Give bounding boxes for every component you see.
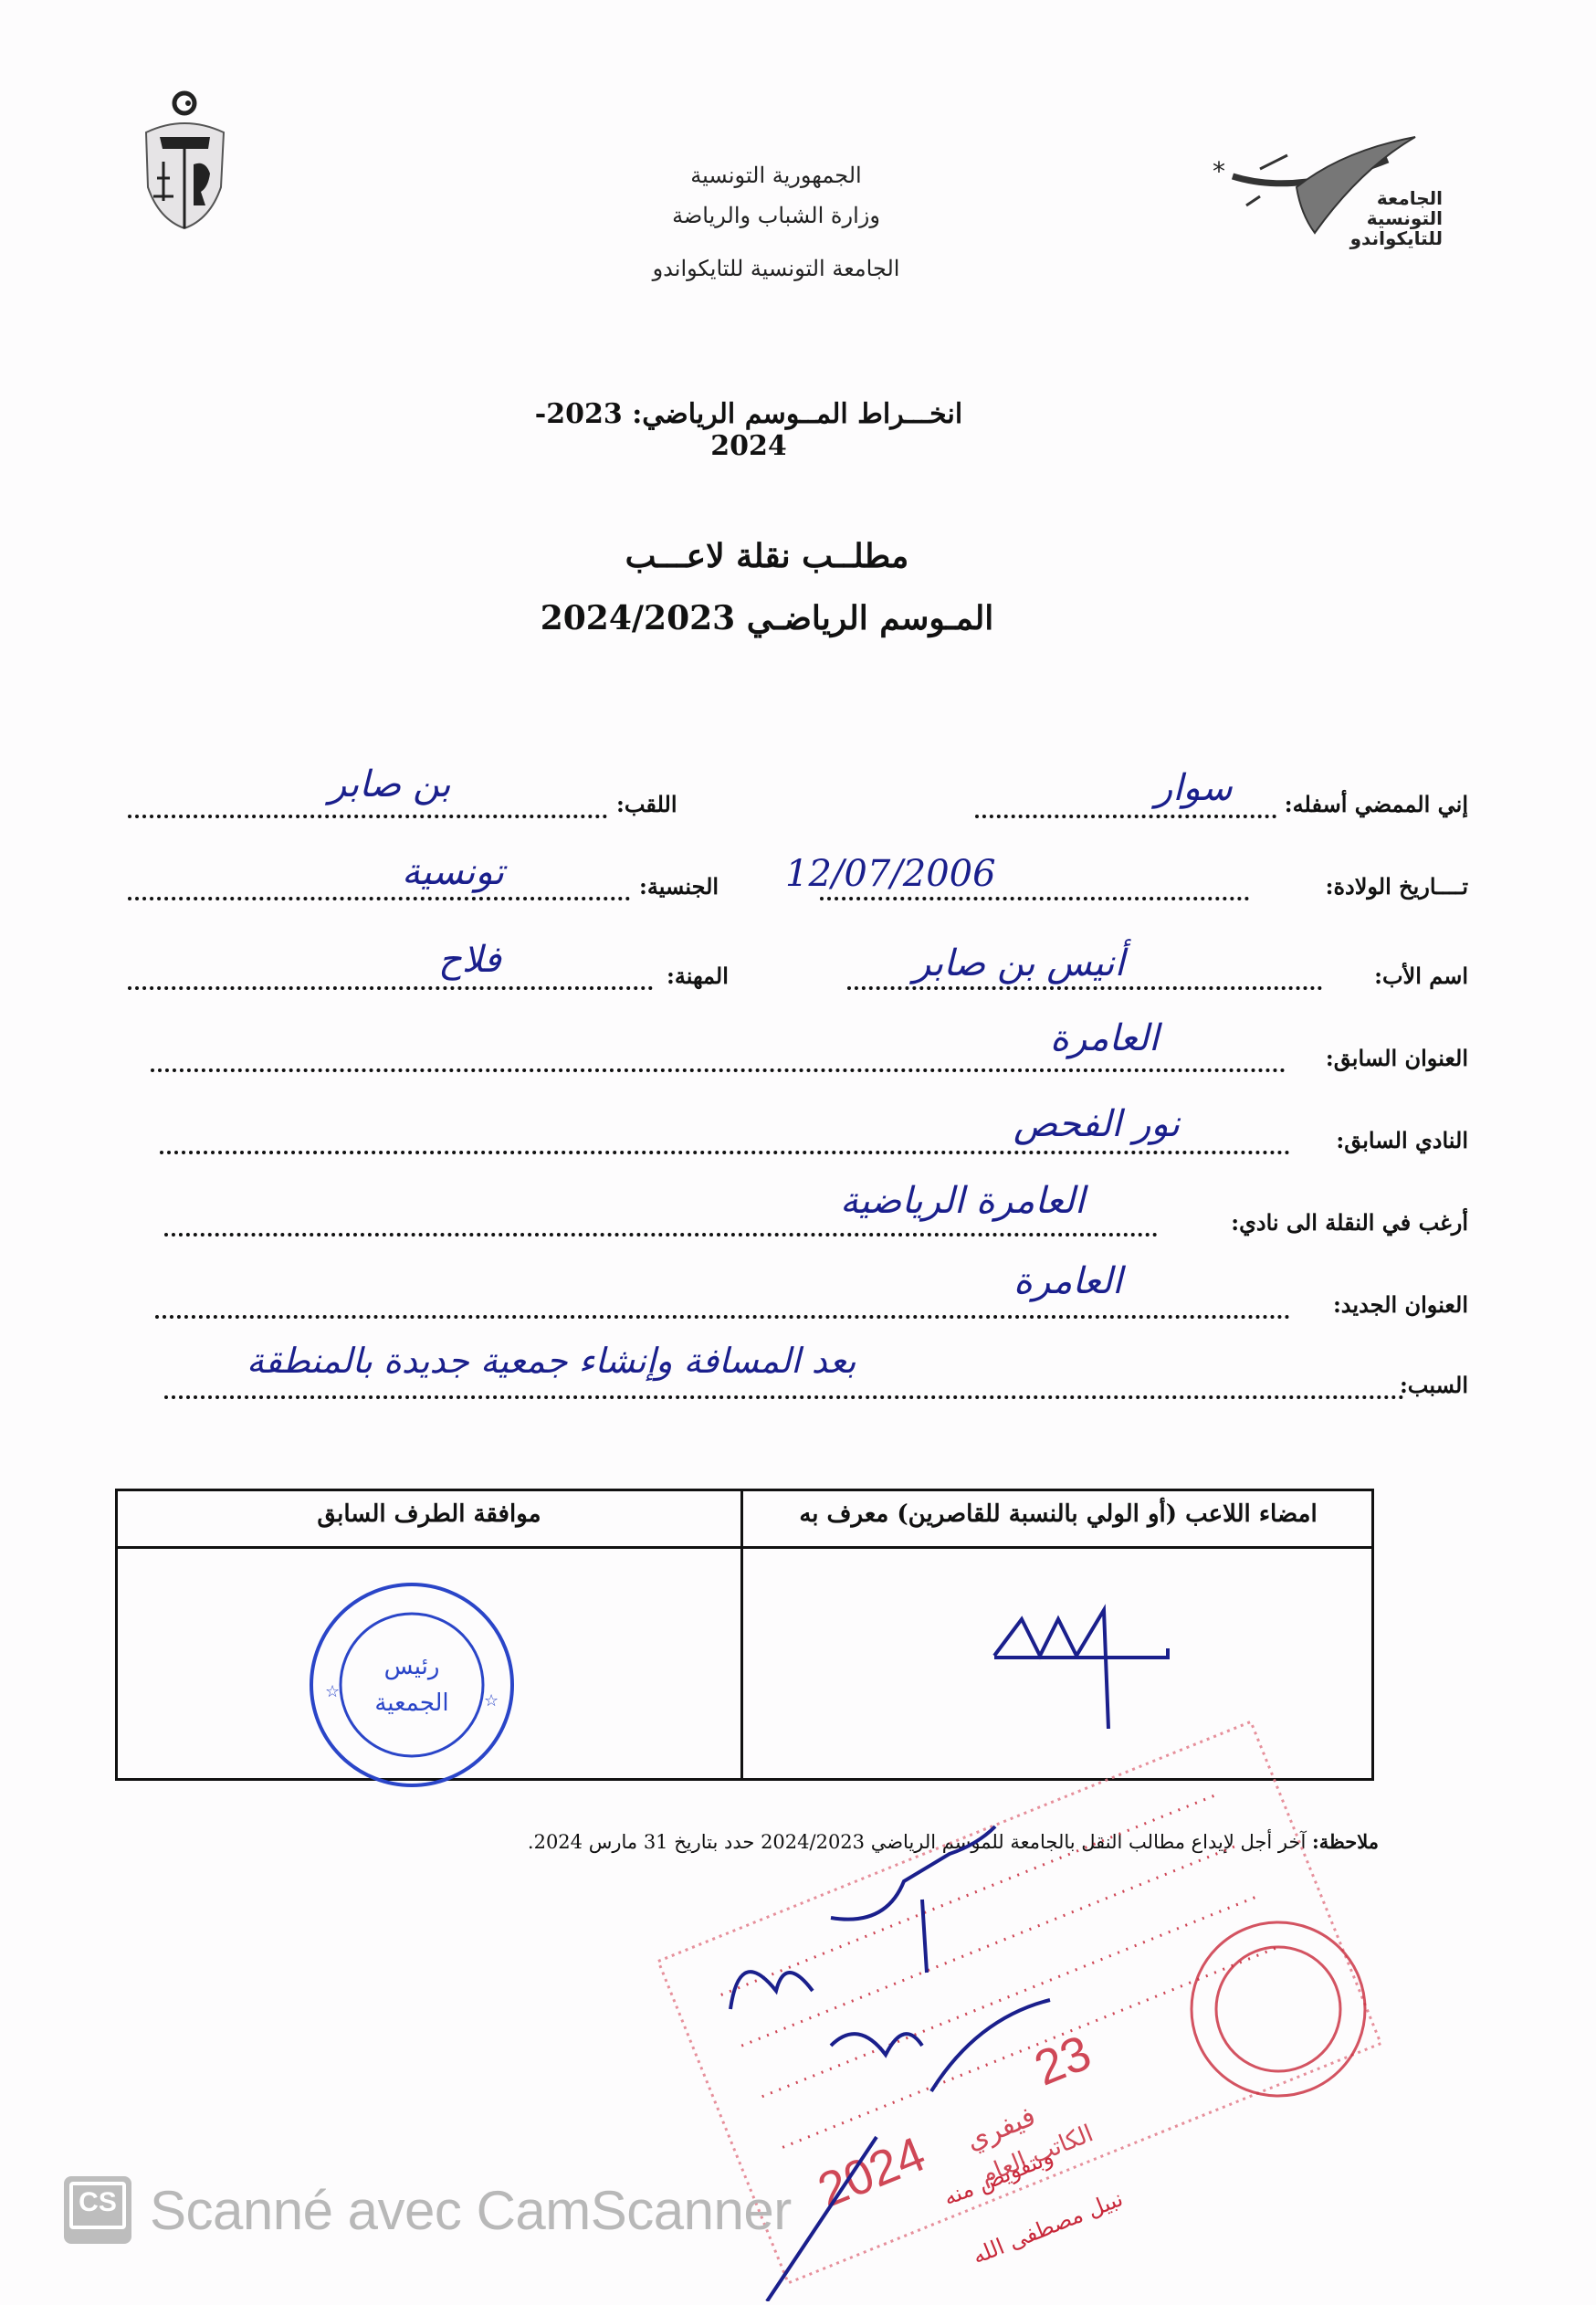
svg-text:الجمعية: الجمعية [374,1689,448,1717]
value-target-club[interactable]: العامرة الرياضية [840,1180,1085,1222]
value-surname[interactable]: بن صابر [329,763,451,805]
form-row-previous-club: النادي السابق: نور الفحص [128,1103,1377,1158]
value-nationality[interactable]: تونسية [402,851,504,893]
form-row-previous-address: العنوان السابق: العامرة [128,1021,1377,1076]
page-subtitle: المـوسم الرياضـي 2024/2023 [493,599,1041,637]
form-row-birth: تــــاريخ الولادة: 12/07/2006 الجنسية: ت… [128,849,1377,904]
table-header-divider [118,1546,1371,1549]
dotted-line [975,815,1276,818]
header-previous-party-approval: موافقة الطرف السابق [118,1500,740,1528]
camscanner-logo-icon: CS [64,2176,131,2244]
government-heading: الجمهورية التونسية وزارة الشباب والرياضة… [584,155,968,289]
label-previous-address: العنوان السابق: [1326,1045,1468,1071]
value-profession[interactable]: فلاح [438,939,501,981]
label-nationality: الجنسية: [639,873,719,900]
dotted-line [164,1233,1158,1237]
header-player-signature: امضاء اللاعب (أو الولي بالنسبة للقاصرين)… [743,1500,1373,1528]
value-previous-address[interactable]: العامرة [1050,1017,1159,1059]
dotted-line [847,986,1322,990]
label-target-club: أرغب في النقلة الى نادي: [1231,1209,1468,1236]
camscanner-watermark: CS Scanné avec CamScanner [64,2178,792,2242]
label-undersigned: إني الممضي أسفله: [1285,791,1468,817]
value-previous-club[interactable]: نور الفحص [1013,1103,1180,1145]
coat-of-arms-icon [137,87,233,233]
svg-text:☆: ☆ [484,1691,499,1710]
svg-text:☆: ☆ [325,1682,340,1701]
value-first-name[interactable]: سوار [1155,767,1233,809]
value-father-name[interactable]: أنيس بن صابر [913,942,1125,984]
player-signature[interactable] [985,1601,1223,1729]
watermark-text: Scanné avec CamScanner [150,2179,792,2242]
dotted-line [128,897,630,900]
dotted-line [820,897,1249,900]
dotted-line [128,986,653,990]
gov-line-federation: الجامعة التونسية للتايكواندو [584,248,968,289]
value-birth-date[interactable]: 12/07/2006 [785,853,996,895]
form-row-new-address: العنوان الجديد: العامرة [128,1268,1377,1322]
label-reason: السبب: [1400,1372,1468,1398]
gov-line-ministry: وزارة الشباب والرياضة [584,195,968,236]
gov-line-republic: الجمهورية التونسية [584,155,968,195]
svg-text:*: * [1213,156,1225,186]
form-row-reason: السبب: بعد المسافة وإنشاء جمعية جديدة با… [128,1348,1377,1403]
club-stamp: رئيس الجمعية ☆ ☆ [305,1578,520,1793]
label-birth-date: تــــاريخ الولادة: [1326,873,1468,900]
season-registration-line: انخـــراط المــوسم الرياضي: 2023- 2024 [493,398,1004,462]
value-reason[interactable]: بعد المسافة وإنشاء جمعية جديدة بالمنطقة [247,1341,856,1381]
value-new-address[interactable]: العامرة [1013,1260,1122,1302]
svg-text:رئيس: رئيس [384,1653,440,1680]
label-previous-club: النادي السابق: [1336,1127,1468,1153]
page-title: مطلــب نقلة لاعـــب [511,537,1023,575]
dotted-line [151,1068,1286,1072]
form-row-target-club: أرغب في النقلة الى نادي: العامرة الرياضي… [128,1185,1377,1240]
dotted-line [160,1151,1290,1154]
form-row-name: إني الممضي أسفله: سوار اللقب: بن صابر [128,767,1377,822]
dotted-line [128,815,607,818]
label-father-name: اسم الأب: [1374,963,1468,989]
label-new-address: العنوان الجديد: [1333,1291,1468,1318]
logo-text-line-3: للتايكواندو [1278,228,1443,248]
dotted-line [164,1395,1404,1399]
camscanner-logo-text: CS [79,2187,117,2218]
logo-text-line-1: الجامعة [1278,188,1443,208]
label-surname: اللقب: [616,791,677,817]
dotted-line [155,1315,1290,1319]
label-profession: المهنة: [667,963,729,989]
federation-logo-text: الجامعة التونسية للتايكواندو [1278,188,1443,248]
logo-text-line-2: التونسية [1278,208,1443,228]
form-row-father: اسم الأب: أنيس بن صابر المهنة: فلاح [128,939,1377,994]
